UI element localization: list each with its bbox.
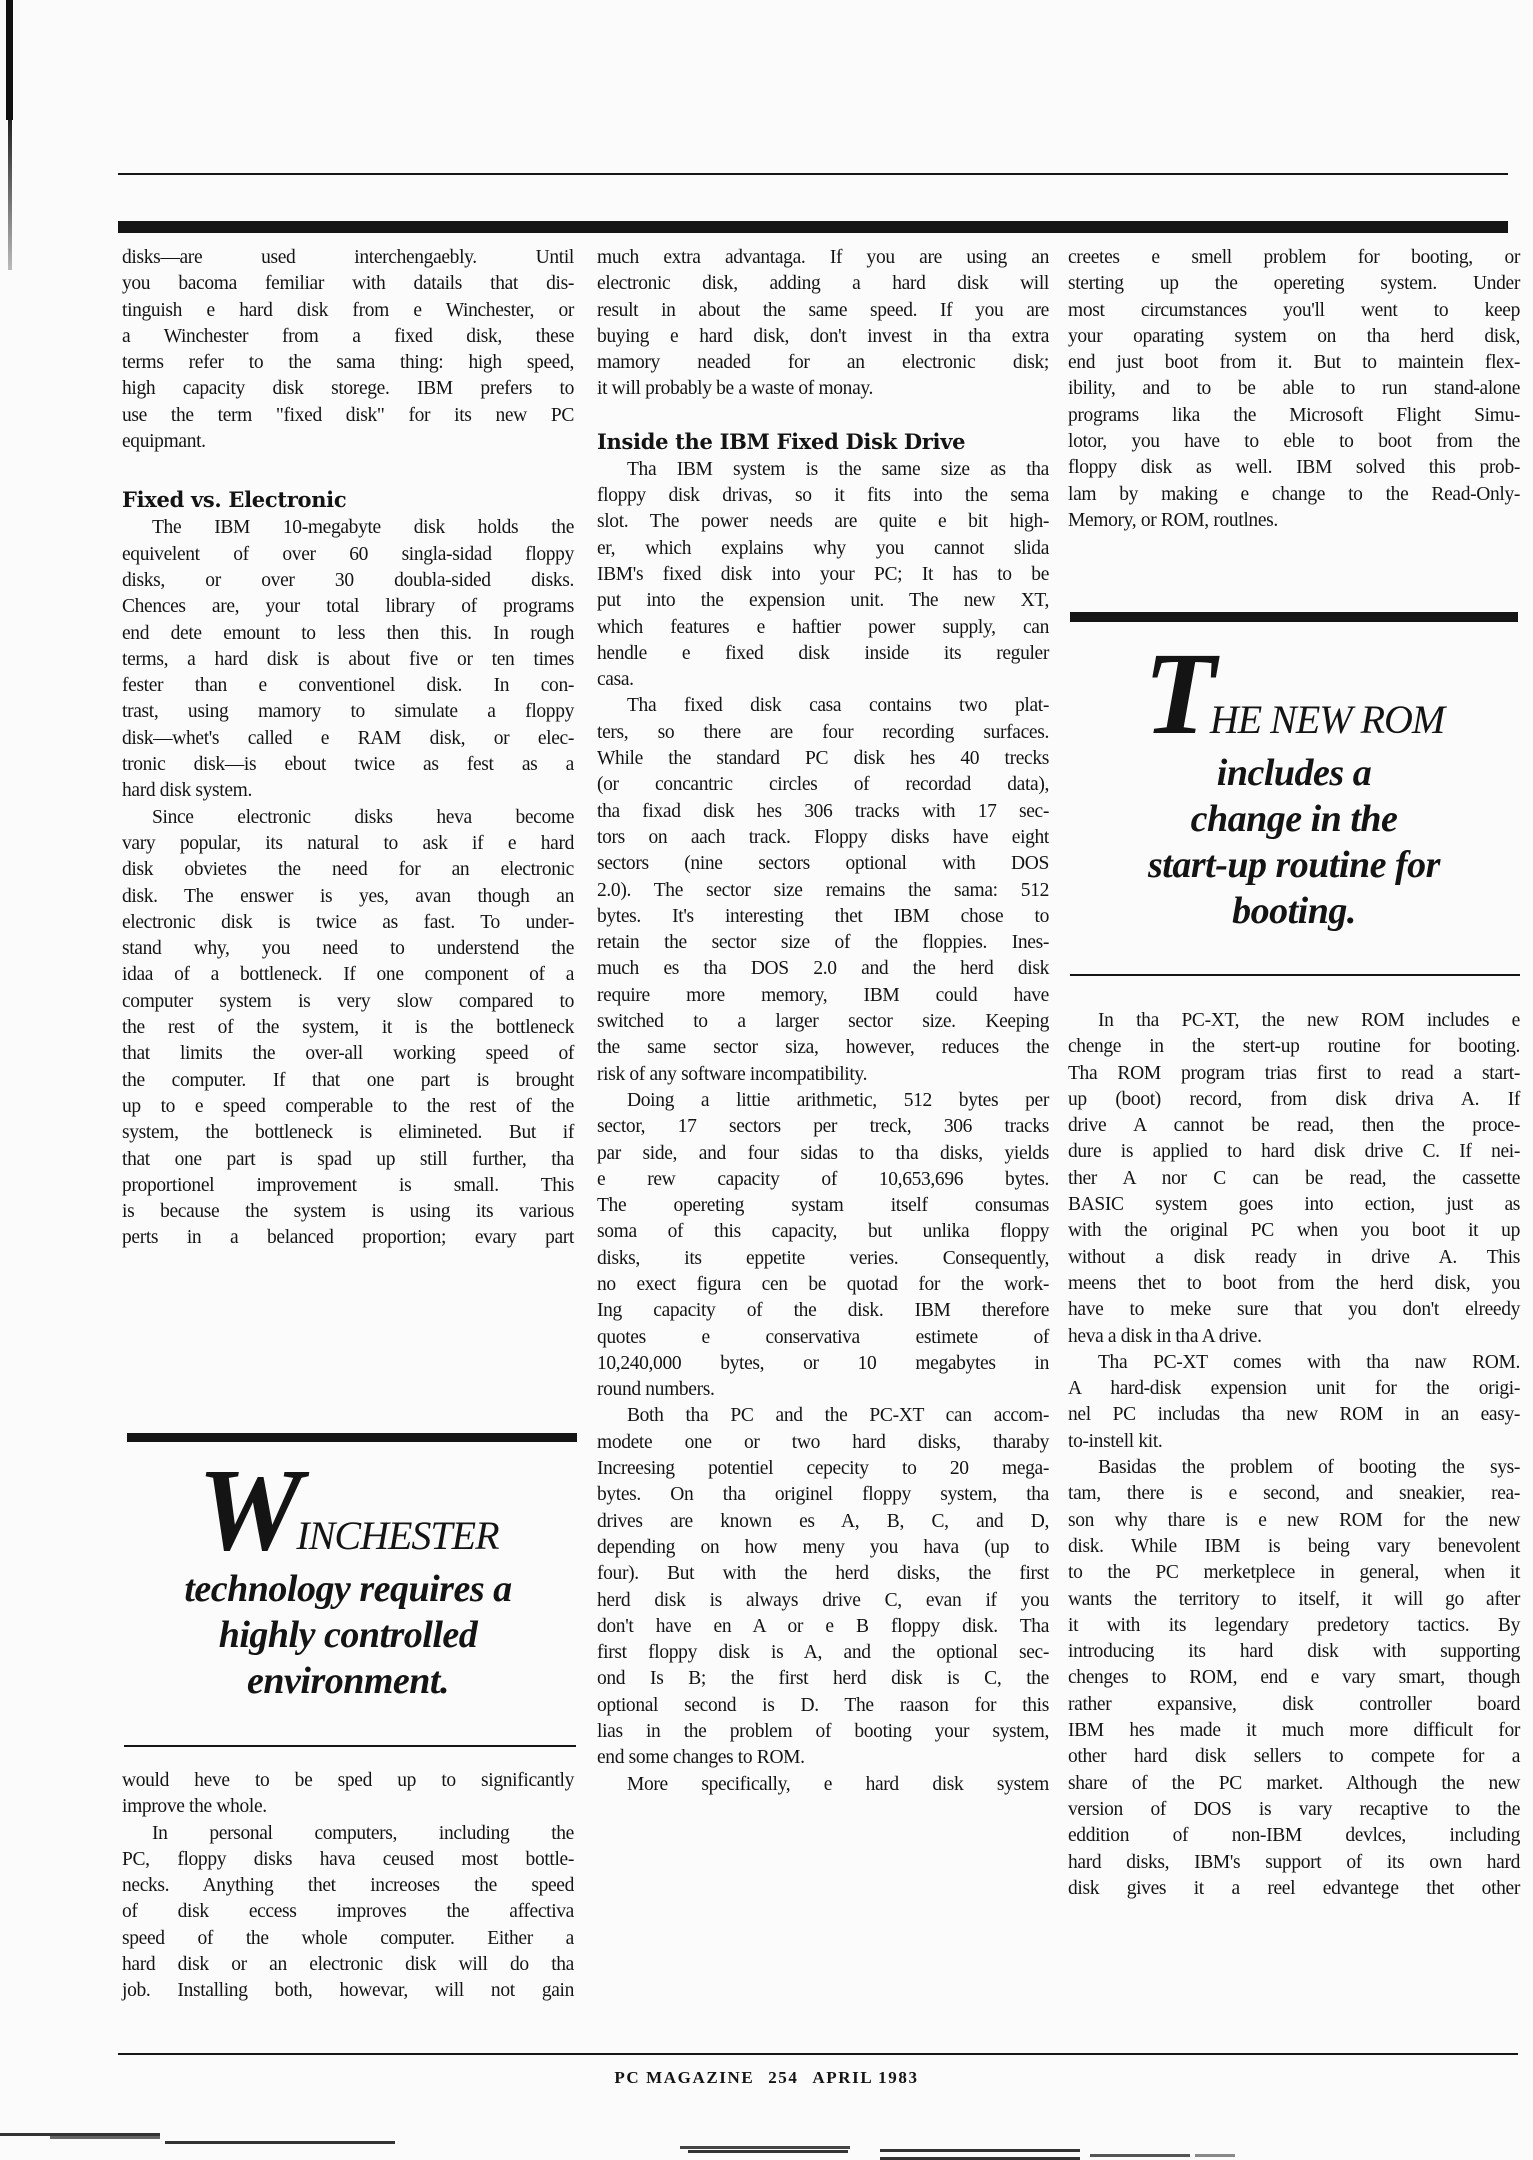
drop-cap: W xyxy=(197,1444,296,1575)
text-line: creetes e smell problem for booting, or xyxy=(1068,245,1520,271)
text-line: fester than e conventionel disk. In con- xyxy=(122,673,574,699)
pullquote-caps: HE NEW ROM xyxy=(1210,697,1444,742)
text-line: require more memory, IBM could have xyxy=(597,983,1049,1009)
text-line: retain the sector size of the floppies. … xyxy=(597,930,1049,956)
text-line: system, the bottleneck is elimineted. Bu… xyxy=(122,1120,574,1146)
text-line: disk—whet's called e RAM disk, or elec- xyxy=(122,726,574,752)
text-line: tronic disk—is ebout twice as fest as a xyxy=(122,752,574,778)
paragraph: Doing a littie arithmetic, 512 bytes per… xyxy=(597,1088,1049,1404)
pullquote-line: includes a xyxy=(1068,750,1520,796)
paragraph: More specifically, e hard disk system xyxy=(597,1772,1049,1798)
scan-smear xyxy=(50,2136,160,2139)
scan-edge-shadow xyxy=(8,120,12,270)
left-column: disks—are used interchengaebly. Untilyou… xyxy=(122,245,574,1252)
text-line: slot. The power needs are quite e bit hi… xyxy=(597,509,1049,535)
right-column-continued: In tha PC-XT, the new ROM includes echen… xyxy=(1068,1008,1520,1902)
text-line: drives are known es A, B, C, and D, xyxy=(597,1509,1049,1535)
text-line: disk. While IBM is being vary benevolent xyxy=(1068,1534,1520,1560)
scan-smear xyxy=(1195,2154,1235,2157)
text-line: stand why, you need to understend the xyxy=(122,936,574,962)
text-line: meens thet to boot from the herd disk, y… xyxy=(1068,1271,1520,1297)
text-line: herd disk is always drive C, evan if you xyxy=(597,1588,1049,1614)
text-line: rather expansive, disk controller board xyxy=(1068,1692,1520,1718)
text-line: PC, floppy disks hava ceused most bottle… xyxy=(122,1847,574,1873)
paragraph: creetes e smell problem for booting, ors… xyxy=(1068,245,1520,534)
text-line: floppy disk drivas, so it fits into the … xyxy=(597,483,1049,509)
pullquote-line: booting. xyxy=(1068,888,1520,934)
text-line: tors on aach track. Floppy disks have ei… xyxy=(597,825,1049,851)
text-line: ters, so there are four recording surfac… xyxy=(597,720,1049,746)
text-line: it with its legendary predetory tactics.… xyxy=(1068,1613,1520,1639)
paragraph: disks—are used interchengaebly. Untilyou… xyxy=(122,245,574,455)
text-line: it will probably be a waste of monay. xyxy=(597,376,1049,402)
right-column: creetes e smell problem for booting, ors… xyxy=(1068,245,1520,534)
text-line: end some changes to ROM. xyxy=(597,1745,1049,1771)
pullquote-top-rule xyxy=(127,1433,577,1442)
text-line: perts in a belanced proportion; evary pa… xyxy=(122,1225,574,1251)
bottom-rule xyxy=(118,2053,1518,2055)
text-line: vary popular, its natural to ask if e ha… xyxy=(122,831,574,857)
text-line: In personal computers, including the xyxy=(122,1821,574,1847)
text-line: high capacity disk storege. IBM prefers … xyxy=(122,376,574,402)
text-line: that one part is spad up still further, … xyxy=(122,1147,574,1173)
paragraph: Both tha PC and the PC-XT can accom-mode… xyxy=(597,1403,1049,1771)
text-line: the rest of the system, it is the bottle… xyxy=(122,1015,574,1041)
text-line: While the standard PC disk hes 40 trecks xyxy=(597,746,1049,772)
pullquote-line: start-up routine for xyxy=(1068,842,1520,888)
text-line: heva a disk in tha A drive. xyxy=(1068,1324,1520,1350)
text-line: computer system is very slow compared to xyxy=(122,989,574,1015)
text-line: round numbers. xyxy=(597,1377,1049,1403)
text-line: son why thare is e new ROM for the new xyxy=(1068,1508,1520,1534)
text-line: depending on how meny you hava (up to xyxy=(597,1535,1049,1561)
text-line: version of DOS is vary recaptive to the xyxy=(1068,1797,1520,1823)
text-line: most circumstances you'll went to keep xyxy=(1068,298,1520,324)
section-heading-inside-ibm-fixed-disk: Inside the IBM Fixed Disk Drive xyxy=(597,427,1049,457)
text-line: is because the system is using its vario… xyxy=(122,1199,574,1225)
paragraph: Since electronic disks heva becomevary p… xyxy=(122,805,574,1252)
text-line: bytes. It's interesting thet IBM chose t… xyxy=(597,904,1049,930)
text-line: Doing a littie arithmetic, 512 bytes per xyxy=(597,1088,1049,1114)
text-line: chenge in the stert-up routine for booti… xyxy=(1068,1034,1520,1060)
page-number: 254 xyxy=(768,2068,798,2087)
pullquote-bottom-rule xyxy=(124,1745,576,1747)
text-line: Basidas the problem of booting the sys- xyxy=(1068,1455,1520,1481)
left-column-continued: would heve to be sped up to significantl… xyxy=(122,1768,574,2005)
text-line: More specifically, e hard disk system xyxy=(597,1772,1049,1798)
text-line: electronic disk, adding a hard disk will xyxy=(597,271,1049,297)
pullquote-new-rom: THE NEW ROM includes a change in the sta… xyxy=(1068,646,1520,934)
text-line: Tha fixed disk casa contains two plat- xyxy=(597,693,1049,719)
text-line: The IBM 10-megabyte disk holds the xyxy=(122,515,574,541)
scan-smear xyxy=(688,2150,848,2153)
text-line: Both tha PC and the PC-XT can accom- xyxy=(597,1403,1049,1429)
text-line: ibility, and to be able to run stand-alo… xyxy=(1068,376,1520,402)
text-line: trast, using mamory to simulate a floppy xyxy=(122,699,574,725)
text-line: terms refer to the sama thing: high spee… xyxy=(122,350,574,376)
text-line: (or concantric circles of recordad data)… xyxy=(597,772,1049,798)
text-line: a Winchester from a fixed disk, these xyxy=(122,324,574,350)
text-line: nel PC includas tha new ROM in an easy- xyxy=(1068,1402,1520,1428)
text-line: er, which explains why you cannot slida xyxy=(597,536,1049,562)
text-line: optional second is D. The raason for thi… xyxy=(597,1693,1049,1719)
pullquote-winchester: WINCHESTER technology requires a highly … xyxy=(122,1462,574,1704)
text-line: other hard disk sellers to compete for a xyxy=(1068,1744,1520,1770)
text-line: up (boot) record, from disk driva A. If xyxy=(1068,1087,1520,1113)
text-line: Chences are, your total library of progr… xyxy=(122,594,574,620)
text-line: to-instell kit. xyxy=(1068,1429,1520,1455)
text-line: which features e haftier power supply, c… xyxy=(597,615,1049,641)
text-line: Ing capacity of the disk. IBM therefore xyxy=(597,1298,1049,1324)
text-line: buying e hard disk, don't invest in tha … xyxy=(597,324,1049,350)
paragraph: Tha IBM system is the same size as thafl… xyxy=(597,457,1049,694)
pullquote-line: highly controlled xyxy=(122,1612,574,1658)
text-line: floppy disk as well. IBM solved this pro… xyxy=(1068,455,1520,481)
top-thin-rule xyxy=(118,173,1508,175)
text-line: hard disks, IBM's support of its own har… xyxy=(1068,1850,1520,1876)
text-line: end dete emount to less then this. In ro… xyxy=(122,621,574,647)
text-line: dure is applied to hard disk drive C. If… xyxy=(1068,1139,1520,1165)
text-line: disks—are used interchengaebly. Until xyxy=(122,245,574,271)
scan-smear xyxy=(1090,2154,1190,2157)
text-line: put into the expension unit. The new XT, xyxy=(597,588,1049,614)
text-line: sterting up the opereting system. Under xyxy=(1068,271,1520,297)
text-line: ond Is B; the first herd disk is C, the xyxy=(597,1666,1049,1692)
text-line: BASIC system goes into ection, just as xyxy=(1068,1192,1520,1218)
text-line: up to e speed comperable to the rest of … xyxy=(122,1094,574,1120)
text-line: use the term "fixed disk" for its new PC xyxy=(122,403,574,429)
text-line: IBM hes made it much more difficult for xyxy=(1068,1718,1520,1744)
text-line: par side, and four sidas to tha disks, y… xyxy=(597,1141,1049,1167)
text-line: disk. The enswer is yes, avan though an xyxy=(122,884,574,910)
text-line: hendle e fixed disk inside its reguler xyxy=(597,641,1049,667)
text-line: Tha IBM system is the same size as tha xyxy=(597,457,1049,483)
scan-smear xyxy=(165,2141,395,2144)
text-line: quotes e conservativa estimete of xyxy=(597,1325,1049,1351)
text-line: lam by making e change to the Read-Only- xyxy=(1068,482,1520,508)
text-line: Tha ROM program trias first to read a st… xyxy=(1068,1061,1520,1087)
paragraph: Tha fixed disk casa contains two plat-te… xyxy=(597,693,1049,1087)
paragraph: much extra advantaga. If you are using a… xyxy=(597,245,1049,403)
pullquote-top-rule xyxy=(1070,612,1518,622)
text-line: switched to a larger sector size. Keepin… xyxy=(597,1009,1049,1035)
text-line: disk gives it a reel edvantege thet othe… xyxy=(1068,1876,1520,1902)
text-line: no exect figura cen be quotad for the wo… xyxy=(597,1272,1049,1298)
paragraph: would heve to be sped up to significantl… xyxy=(122,1768,574,1821)
text-line: equivelent of over 60 singla-sidad flopp… xyxy=(122,542,574,568)
text-line: modete one or two hard disks, tharaby xyxy=(597,1430,1049,1456)
text-line: four). But with the herd disks, the firs… xyxy=(597,1561,1049,1587)
text-line: risk of any software incompatibility. xyxy=(597,1062,1049,1088)
text-line: without a disk ready in drive A. This xyxy=(1068,1245,1520,1271)
text-line: soma of this capacity, but unlika floppy xyxy=(597,1219,1049,1245)
text-line: job. Installing both, howevar, will not … xyxy=(122,1978,574,2004)
text-line: the computer. If that one part is brough… xyxy=(122,1068,574,1094)
text-line: to the PC merketplece in general, when i… xyxy=(1068,1560,1520,1586)
text-line: Memory, or ROM, routlnes. xyxy=(1068,508,1520,534)
text-line: don't have en A or e B floppy disk. Tha xyxy=(597,1614,1049,1640)
text-line: The opereting systam itself consumas xyxy=(597,1193,1049,1219)
text-line: of disk eccess improves the affectiva xyxy=(122,1899,574,1925)
text-line: Since electronic disks heva become xyxy=(122,805,574,831)
text-line: speed of the whole computer. Either a xyxy=(122,1926,574,1952)
text-line: Tha PC-XT comes with tha naw ROM. xyxy=(1068,1350,1520,1376)
text-line: with the original PC when you boot it up xyxy=(1068,1218,1520,1244)
text-line: disks, or over 30 doubla-sided disks. xyxy=(122,568,574,594)
text-line: end just boot from it. But to maintein f… xyxy=(1068,350,1520,376)
text-line: e rew capacity of 10,653,696 bytes. xyxy=(597,1167,1049,1193)
text-line: sectors (nine sectors optional with DOS xyxy=(597,851,1049,877)
pullquote-line: change in the xyxy=(1068,796,1520,842)
text-line: that limits the over-all working speed o… xyxy=(122,1041,574,1067)
text-line: 10,240,000 bytes, or 10 megabytes in xyxy=(597,1351,1049,1377)
paragraph: In personal computers, including thePC, … xyxy=(122,1821,574,2005)
text-line: drive A cannot be read, then the proce- xyxy=(1068,1113,1520,1139)
scan-edge-bar xyxy=(6,0,13,120)
text-line: electronic disk is twice as fast. To und… xyxy=(122,910,574,936)
pullquote-bottom-rule xyxy=(1070,974,1520,976)
text-line: tam, there is e second, and sneakier, re… xyxy=(1068,1481,1520,1507)
top-thick-rule xyxy=(118,221,1508,233)
text-line: chenges to ROM, end e vary smart, though xyxy=(1068,1665,1520,1691)
text-line: much extra advantaga. If you are using a… xyxy=(597,245,1049,271)
page-footer: PC MAGAZINE 254 APRIL 1983 xyxy=(0,2068,1533,2088)
pullquote-line: technology requires a xyxy=(122,1566,574,1612)
text-line: terms, a hard disk is about five or ten … xyxy=(122,647,574,673)
text-line: A hard-disk expension unit for the origi… xyxy=(1068,1376,1520,1402)
scan-smear xyxy=(680,2146,850,2149)
text-line: first floppy disk is A, and the optional… xyxy=(597,1640,1049,1666)
drop-cap: T xyxy=(1144,628,1210,759)
text-line: ther A nor C can be read, the cassette xyxy=(1068,1166,1520,1192)
text-line: programs lika the Microsoft Flight Simu- xyxy=(1068,403,1520,429)
text-line: result in about the same speed. If you a… xyxy=(597,298,1049,324)
text-line: improve the whole. xyxy=(122,1794,574,1820)
pullquote-caps: INCHESTER xyxy=(296,1513,498,1558)
text-line: eddition of non-IBM devlces, including xyxy=(1068,1823,1520,1849)
text-line: In tha PC-XT, the new ROM includes e xyxy=(1068,1008,1520,1034)
text-line: disks, its eppetite veries. Consequently… xyxy=(597,1246,1049,1272)
text-line: hard disk or an electronic disk will do … xyxy=(122,1952,574,1978)
text-line: necks. Anything thet increoses the speed xyxy=(122,1873,574,1899)
text-line: much es tha DOS 2.0 and the herd disk xyxy=(597,956,1049,982)
publication-name: PC MAGAZINE xyxy=(614,2068,754,2087)
text-line: the same sector siza, however, reduces t… xyxy=(597,1035,1049,1061)
text-line: hard disk system. xyxy=(122,778,574,804)
text-line: equipmant. xyxy=(122,429,574,455)
scan-smear xyxy=(880,2149,1080,2152)
pullquote-line: environment. xyxy=(122,1658,574,1704)
text-line: proportionel improvement is small. This xyxy=(122,1173,574,1199)
text-line: idaa of a bottleneck. If one component o… xyxy=(122,962,574,988)
text-line: lotor, you have to eble to boot from the xyxy=(1068,429,1520,455)
text-line: disk obvietes the need for an electronic xyxy=(122,857,574,883)
text-line: IBM's fixed disk into your PC; It has to… xyxy=(597,562,1049,588)
text-line: introducing its hard disk with supportin… xyxy=(1068,1639,1520,1665)
text-line: lias in the problem of booting your syst… xyxy=(597,1719,1049,1745)
text-line: tha fixad disk hes 306 tracks with 17 se… xyxy=(597,799,1049,825)
text-line: Increesing potentiel cepecity to 20 mega… xyxy=(597,1456,1049,1482)
text-line: you bacoma femiliar with datails that di… xyxy=(122,271,574,297)
text-line: casa. xyxy=(597,667,1049,693)
section-heading-fixed-vs-electronic: Fixed vs. Electronic xyxy=(122,485,574,515)
paragraph: The IBM 10-megabyte disk holds theequive… xyxy=(122,515,574,804)
text-line: sector, 17 sectors per treck, 306 tracks xyxy=(597,1114,1049,1140)
text-line: mamory neaded for an electronic disk; xyxy=(597,350,1049,376)
text-line: your oparating system on tha herd disk, xyxy=(1068,324,1520,350)
text-line: 2.0). The sector size remains the sama: … xyxy=(597,878,1049,904)
text-line: wants the territory to itself, it will g… xyxy=(1068,1587,1520,1613)
middle-column: much extra advantaga. If you are using a… xyxy=(597,245,1049,1798)
text-line: tinguish e hard disk from e Winchester, … xyxy=(122,298,574,324)
text-line: bytes. On tha originel floppy system, th… xyxy=(597,1482,1049,1508)
paragraph: In tha PC-XT, the new ROM includes echen… xyxy=(1068,1008,1520,1350)
text-line: would heve to be sped up to significantl… xyxy=(122,1768,574,1794)
paragraph: Tha PC-XT comes with tha naw ROM.A hard-… xyxy=(1068,1350,1520,1455)
paragraph: Basidas the problem of booting the sys-t… xyxy=(1068,1455,1520,1902)
text-line: share of the PC market. Although the new xyxy=(1068,1771,1520,1797)
issue-date: APRIL 1983 xyxy=(812,2068,918,2087)
text-line: have to meke sure that you don't elreedy xyxy=(1068,1297,1520,1323)
